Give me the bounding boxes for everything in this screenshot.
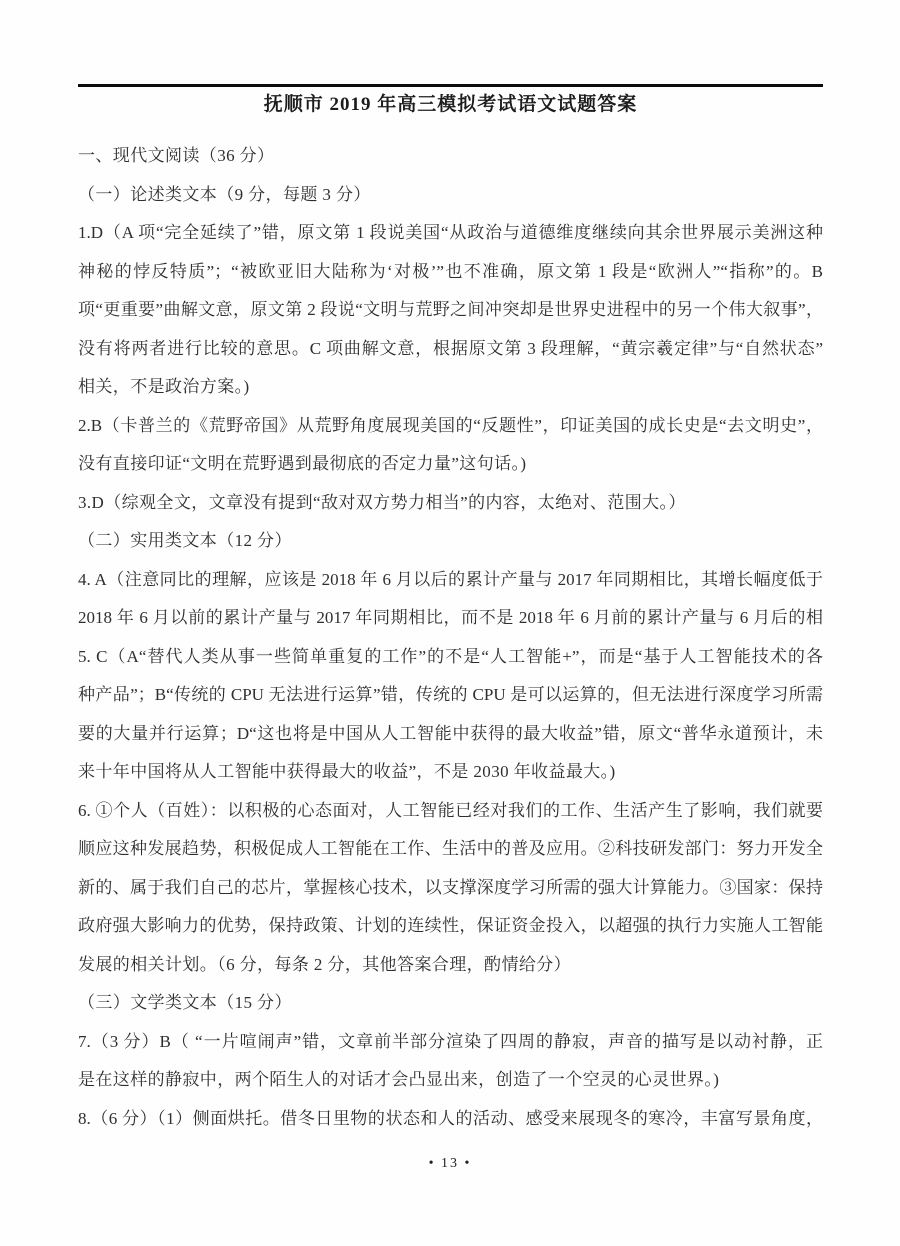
text-line: 没有将两者进行比较的意思。C 项曲解文意，根据原文第 3 段理解，“黄宗羲定律”… bbox=[78, 330, 823, 369]
document-page: 抚顺市 2019 年高三模拟考试语文试题答案 一、现代文阅读（36 分）（一）论… bbox=[0, 0, 900, 1246]
text-line: 2018 年 6 月以前的累计产量与 2017 年同期相比，而不是 2018 年… bbox=[78, 599, 823, 638]
section-heading-line: （二）实用类文本（12 分） bbox=[78, 522, 823, 561]
text-line: 4. A（注意同比的理解，应该是 2018 年 6 月以后的累计产量与 2017… bbox=[78, 561, 823, 600]
text-line: 项“更重要”曲解文意，原文第 2 段说“文明与荒野之间冲突却是世界史进程中的另一… bbox=[78, 291, 823, 330]
header-rule bbox=[78, 84, 823, 87]
section-heading-line: （一）论述类文本（9 分，每题 3 分） bbox=[78, 176, 823, 215]
text-line: 是在这样的静寂中，两个陌生人的对话才会凸显出来，创造了一个空灵的心灵世界。) bbox=[78, 1061, 823, 1100]
text-line: 8.（6 分）（1）侧面烘托。借冬日里物的状态和人的活动、感受来展现冬的寒冷，丰… bbox=[78, 1100, 823, 1139]
document-body: 一、现代文阅读（36 分）（一）论述类文本（9 分，每题 3 分）1.D（A 项… bbox=[78, 137, 823, 1138]
text-line: 神秘的悖反特质”；“被欧亚旧大陆称为‘对极’”也不准确，原文第 1 段是“欧洲人… bbox=[78, 253, 823, 292]
text-line: 6. ①个人（百姓）：以积极的心态面对，人工智能已经对我们的工作、生活产生了影响… bbox=[78, 792, 823, 831]
text-line: 要的大量并行运算；D“这也将是中国从人工智能中获得的最大收益”错，原文“普华永道… bbox=[78, 715, 823, 754]
text-line: 来十年中国将从人工智能中获得最大的收益”，不是 2030 年收益最大。) bbox=[78, 753, 823, 792]
text-line: 相关，不是政治方案。) bbox=[78, 368, 823, 407]
text-line: 5. C（A“替代人类从事一些简单重复的工作”的不是“人工智能+”，而是“基于人… bbox=[78, 638, 823, 677]
text-line: 2.B（卡普兰的《荒野帝国》从荒野角度展现美国的“反题性”，印证美国的成长史是“… bbox=[78, 407, 823, 446]
text-line: 种产品”；B“传统的 CPU 无法进行运算”错，传统的 CPU 是可以运算的，但… bbox=[78, 676, 823, 715]
section-heading-line: 一、现代文阅读（36 分） bbox=[78, 137, 823, 176]
text-line: 没有直接印证“文明在荒野遇到最彻底的否定力量”这句话。) bbox=[78, 445, 823, 484]
text-line: 3.D（综观全文，文章没有提到“敌对双方势力相当”的内容，太绝对、范围大。） bbox=[78, 484, 823, 523]
text-line: 新的、属于我们自己的芯片，掌握核心技术，以支撑深度学习所需的强大计算能力。③国家… bbox=[78, 869, 823, 908]
section-heading-line: （三）文学类文本（15 分） bbox=[78, 984, 823, 1023]
text-line: 政府强大影响力的优势，保持政策、计划的连续性，保证资金投入，以超强的执行力实施人… bbox=[78, 907, 823, 946]
text-line: 发展的相关计划。（6 分，每条 2 分，其他答案合理，酌情给分） bbox=[78, 946, 823, 985]
text-line: 7.（3 分）B（ “一片喧闹声”错，文章前半部分渲染了四周的静寂，声音的描写是… bbox=[78, 1023, 823, 1062]
page-number: • 13 • bbox=[0, 1152, 900, 1176]
page-title: 抚顺市 2019 年高三模拟考试语文试题答案 bbox=[78, 92, 823, 118]
text-line: 1.D（A 项“完全延续了”错，原文第 1 段说美国“从政治与道德维度继续向其余… bbox=[78, 214, 823, 253]
text-line: 顺应这种发展趋势，积极促成人工智能在工作、生活中的普及应用。②科技研发部门：努力… bbox=[78, 830, 823, 869]
